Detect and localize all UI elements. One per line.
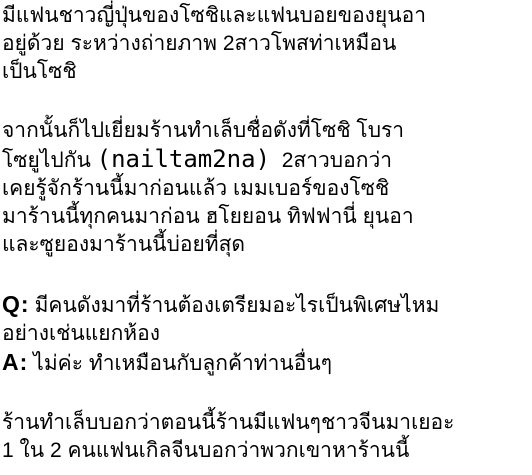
paragraph-china-fans: ร้านทำเล็บบอกว่าตอนนี้ร้านมีแฟนๆชาวจีนมา… — [2, 409, 532, 465]
text-line: จากนั้นก็ไปเยี่ยมร้านทำเล็บชื่อดังที่โซช… — [2, 117, 532, 145]
qa-question-line-2: อย่างเช่นแยกห้อง — [2, 320, 532, 348]
document-page: มีแฟนชาวญี่ปุ่นของโซชิและแฟนบอยของยุนอา … — [0, 0, 532, 465]
text-run: 2สาวบอกว่า — [270, 149, 392, 172]
text-line: โซยูไปกัน (nailtam2na) 2สาวบอกว่า — [2, 145, 532, 175]
paragraph-nailshop: จากนั้นก็ไปเยี่ยมร้านทำเล็บชื่อดังที่โซช… — [2, 117, 532, 259]
shop-handle-text: (nailtam2na) — [97, 145, 270, 173]
paragraph-qa: Q:มีคนดังมาที่ร้านต้องเตรียมอะไรเป็นพิเศ… — [2, 290, 532, 378]
paragraph-intro: มีแฟนชาวญี่ปุ่นของโซชิและแฟนบอยของยุนอา … — [2, 2, 532, 86]
text-line: 1 ใน 2 คนแฟนเกิลจีนบอกว่าพวกเขาหาร้านนี้ — [2, 437, 532, 465]
text-run: โซยูไปกัน — [2, 149, 97, 172]
text-line: และซูยองมาร้านนี้บ่อยที่สุด — [2, 231, 532, 259]
text-line: ร้านทำเล็บบอกว่าตอนนี้ร้านมีแฟนๆชาวจีนมา… — [2, 409, 532, 437]
text-line: เคยรู้จักร้านนี้มาก่อนแล้ว เมมเบอร์ของโซ… — [2, 175, 532, 203]
answer-text: ไม่ค่ะ ทำเหมือนกับลูกค้าท่านอื่นๆ — [33, 352, 332, 375]
question-label: Q: — [2, 291, 30, 317]
text-line: อยู่ด้วย ระหว่างถ่ายภาพ 2สาวโพสท่าเหมือน — [2, 30, 532, 58]
answer-label: A: — [2, 349, 28, 375]
text-line: มาร้านนี้ทุกคนมาก่อน ฮโยยอน ทิฟฟานี่ ยุน… — [2, 203, 532, 231]
question-text: มีคนดังมาที่ร้านต้องเตรียมอะไรเป็นพิเศษไ… — [35, 294, 440, 317]
qa-question-line: Q:มีคนดังมาที่ร้านต้องเตรียมอะไรเป็นพิเศ… — [2, 290, 532, 320]
text-line: มีแฟนชาวญี่ปุ่นของโซชิและแฟนบอยของยุนอา — [2, 2, 532, 30]
qa-answer-line: A:ไม่ค่ะ ทำเหมือนกับลูกค้าท่านอื่นๆ — [2, 348, 532, 378]
text-line: เป็นโซชิ — [2, 58, 532, 86]
